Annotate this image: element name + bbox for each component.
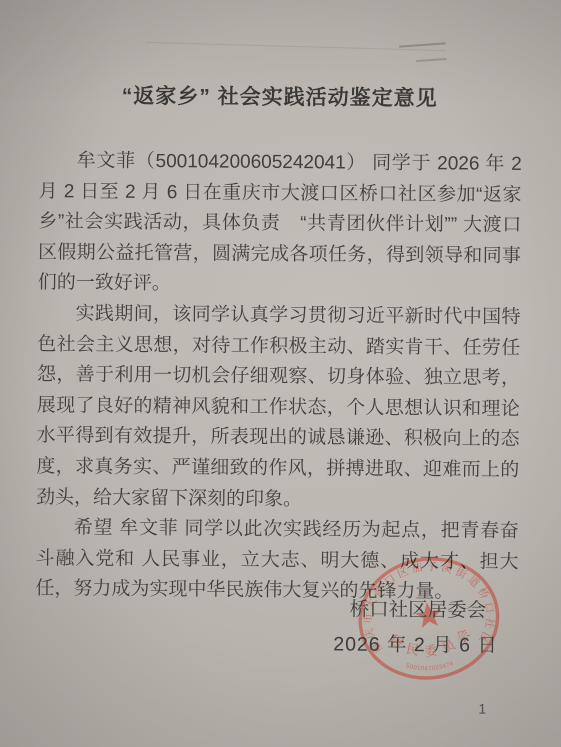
paragraph-evaluation: 实践期间，该同学认真学习贯彻习近平新时代中国特色社会主义思想，对待工作积极主动、… — [36, 299, 521, 517]
signature-block: 桥口社区居委会 2026 年 2 月 6 日 — [333, 597, 498, 657]
signature-organization: 桥口社区居委会 — [333, 597, 486, 622]
seal-serial-number: 5001047023474 — [405, 657, 456, 676]
document-body: 牟文菲（500104200605242041） 同学于 2026 年 2 月 2… — [35, 146, 522, 609]
document-title: “返家乡” 社会实践活动鉴定意见 — [0, 0, 561, 114]
document-photo: “返家乡” 社会实践活动鉴定意见 牟文菲（500104200605242041）… — [0, 0, 561, 747]
document-content: “返家乡” 社会实践活动鉴定意见 牟文菲（500104200605242041）… — [0, 0, 561, 747]
svg-text:5001047023474: 5001047023474 — [405, 657, 456, 676]
paper-sheet: “返家乡” 社会实践活动鉴定意见 牟文菲（500104200605242041）… — [0, 0, 561, 747]
page-number: 1 — [478, 701, 486, 717]
signature-date: 2026 年 2 月 6 日 — [333, 632, 498, 657]
paragraph-intro: 牟文菲（500104200605242041） 同学于 2026 年 2 月 2… — [38, 146, 522, 303]
